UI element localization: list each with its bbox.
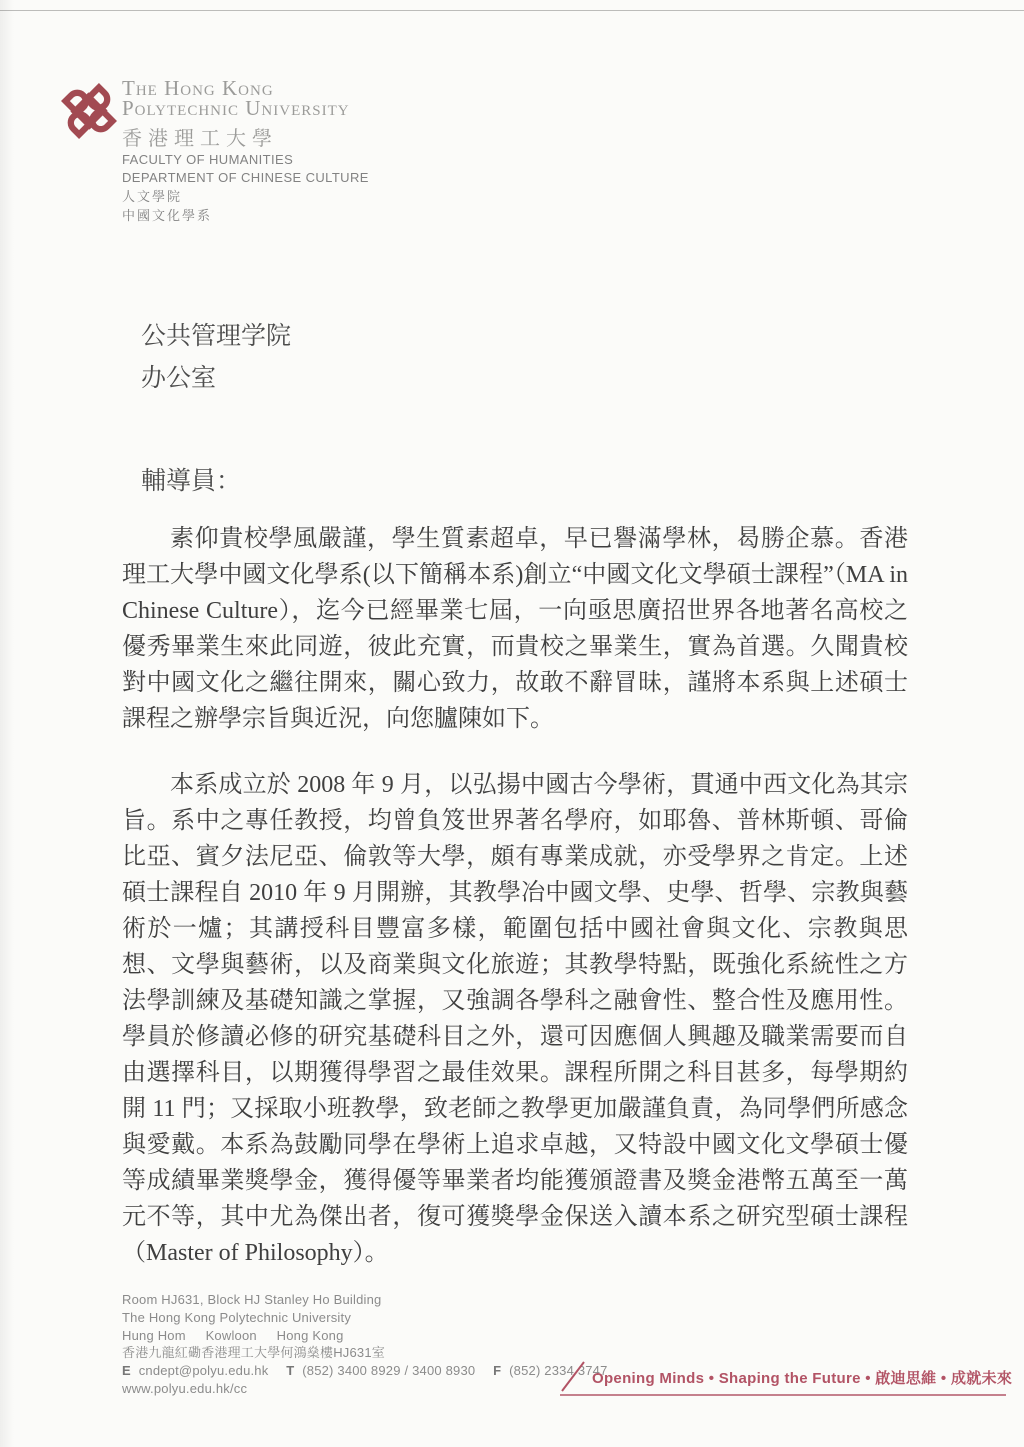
tel-label: T xyxy=(286,1363,294,1378)
university-name-zh: 香港理工大學 xyxy=(122,122,350,151)
faculty-name-zh: 人文學院 xyxy=(122,188,369,206)
tel-value: (852) 3400 8929 / 3400 8930 xyxy=(302,1363,475,1378)
department-name-zh: 中國文化學系 xyxy=(122,207,369,225)
footer-city-part2: Kowloon xyxy=(206,1328,257,1343)
letter-paragraph-1: 素仰貴校學風嚴謹，學生質素超卓，早已譽滿學林，曷勝企慕。香港理工大學中國文化學系… xyxy=(122,521,908,737)
slogan-block: Opening Minds • Shaping the Future • 啟迪思… xyxy=(560,1360,1006,1396)
letter-body: 素仰貴校學風嚴謹，學生質素超卓，早已譽滿學林，曷勝企慕。香港理工大學中國文化學系… xyxy=(122,521,908,1271)
scanned-letter-page: The Hong Kong Polytechnic University 香港理… xyxy=(0,0,1024,1447)
footer-website: www.polyu.edu.hk/cc xyxy=(122,1380,612,1398)
department-block: FACULTY OF HUMANITIES DEPARTMENT OF CHIN… xyxy=(122,151,369,225)
university-name-block: The Hong Kong Polytechnic University 香港理… xyxy=(122,78,350,151)
recipient-line2: 办公室 xyxy=(141,358,291,400)
university-name-en-line2: Polytechnic University xyxy=(122,98,350,118)
polyu-logo-icon xyxy=(52,74,126,148)
salutation: 輔導員： xyxy=(141,461,241,497)
scan-edge-shadow xyxy=(0,0,14,1447)
footer-address-line1: Room HJ631, Block HJ Stanley Ho Building xyxy=(122,1291,612,1309)
footer-city-part3: Hong Kong xyxy=(277,1328,344,1343)
fax-label: F xyxy=(493,1363,501,1378)
footer-address-zh: 香港九龍紅磡香港理工大學何鴻燊樓HJ631室 xyxy=(122,1344,612,1362)
scan-artifact-line xyxy=(0,10,1024,11)
slash-icon xyxy=(560,1360,586,1392)
university-slogan: Opening Minds • Shaping the Future • 啟迪思… xyxy=(592,1367,1012,1392)
footer-contact-line: E cndept@polyu.edu.hk T (852) 3400 8929 … xyxy=(122,1362,612,1380)
university-name-en-line1: The Hong Kong xyxy=(122,78,350,98)
footer-address-line2: The Hong Kong Polytechnic University xyxy=(122,1309,612,1327)
footer-address-block: Room HJ631, Block HJ Stanley Ho Building… xyxy=(122,1291,612,1398)
faculty-name-en: FACULTY OF HUMANITIES xyxy=(122,151,369,169)
department-name-en: DEPARTMENT OF CHINESE CULTURE xyxy=(122,169,369,187)
footer-city-line: Hung Hom Kowloon Hong Kong xyxy=(122,1327,612,1345)
email-label: E xyxy=(122,1363,131,1378)
email-value: cndept@polyu.edu.hk xyxy=(139,1363,269,1378)
slogan-underline xyxy=(560,1394,1006,1396)
letter-paragraph-2: 本系成立於 2008 年 9 月，以弘揚中國古今學術，貫通中西文化為其宗旨。系中… xyxy=(122,767,908,1271)
footer-city-part1: Hung Hom xyxy=(122,1328,186,1343)
recipient-line1: 公共管理学院 xyxy=(141,316,291,358)
recipient-block: 公共管理学院 办公室 xyxy=(141,316,291,400)
